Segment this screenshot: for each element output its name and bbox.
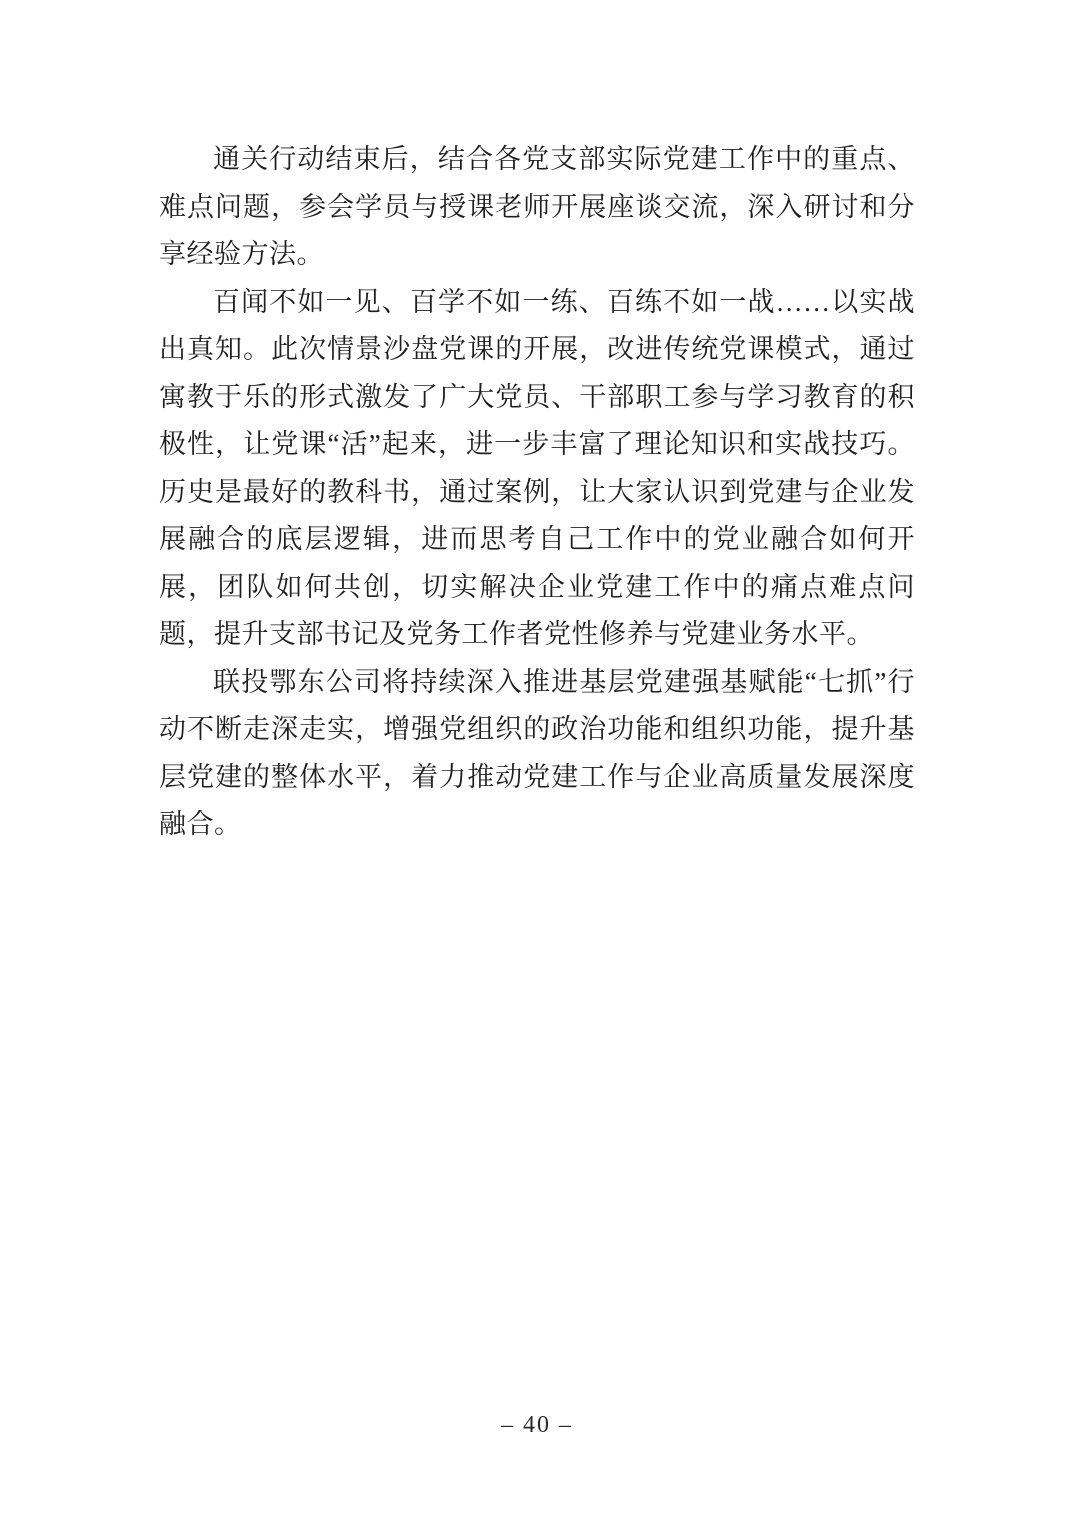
body-paragraph: 联投鄂东公司将持续深入推进基层党建强基赋能“七抓”行动不断走深走实，增强党组织的… [159,659,915,849]
document-page: 通关行动结束后，结合各党支部实际党建工作中的重点、难点问题，参会学员与授课老师开… [0,0,1074,1520]
body-paragraph: 百闻不如一见、百学不如一练、百练不如一战……以实战出真知。此次情景沙盘党课的开展… [159,279,915,659]
body-paragraph: 通关行动结束后，结合各党支部实际党建工作中的重点、难点问题，参会学员与授课老师开… [159,136,915,279]
document-body: 通关行动结束后，结合各党支部实际党建工作中的重点、难点问题，参会学员与授课老师开… [159,136,915,849]
page-number: – 40 – [0,1408,1074,1442]
